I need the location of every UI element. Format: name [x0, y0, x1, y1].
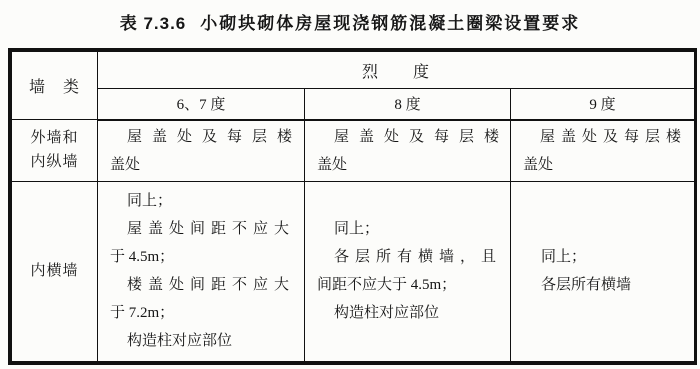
- cell-exterior-degree-8: 屋盖处及每层楼 盖处: [305, 120, 511, 182]
- cell-text-line: 各层所有横墙: [541, 271, 686, 299]
- cell-text-line: 盖处: [523, 151, 686, 179]
- cell-text-line: 于 4.5m；: [110, 243, 296, 271]
- header-degree-9: 9 度: [511, 89, 695, 120]
- table-grid: 墙 类 烈 度 6、7 度 8 度 9 度 外墙和 内纵墙 屋盖处及每层楼 盖处…: [11, 51, 695, 362]
- cell-text-line: 盖处: [110, 151, 296, 179]
- cell-text-line: 于 7.2m；: [110, 299, 296, 327]
- header-degree-6-7: 6、7 度: [98, 89, 305, 120]
- cell-interior-degree-9: 同上； 各层所有横墙: [511, 181, 695, 362]
- row-label-line: 外墙和: [12, 126, 97, 150]
- cell-text-line: 屋盖处及每层楼: [317, 123, 502, 151]
- cell-text-line: 屋盖处间距不应大: [110, 215, 296, 243]
- cell-interior-degree-6-7: 同上； 屋盖处间距不应大 于 4.5m； 楼盖处间距不应大 于 7.2m； 构造…: [98, 181, 305, 362]
- cell-text-line: 盖处: [317, 151, 502, 179]
- cell-text-line: 同上；: [317, 215, 502, 243]
- cell-text-line: 楼盖处间距不应大: [110, 271, 296, 299]
- cell-exterior-degree-9: 屋盖处及每层楼 盖处: [511, 120, 695, 182]
- cell-text-line: 同上；: [541, 243, 686, 271]
- cell-text-line: 同上；: [110, 187, 296, 215]
- cell-text-line: 构造柱对应部位: [110, 327, 296, 355]
- table-title-text: 小砌块砌体房屋现浇钢筋混凝土圈梁设置要求: [200, 14, 580, 33]
- table-number: 表 7.3.6: [120, 14, 187, 33]
- cell-exterior-degree-6-7: 屋盖处及每层楼 盖处: [98, 120, 305, 182]
- cell-text-line: 构造柱对应部位: [317, 299, 502, 327]
- ring-beam-requirements-table: 墙 类 烈 度 6、7 度 8 度 9 度 外墙和 内纵墙 屋盖处及每层楼 盖处…: [8, 48, 697, 365]
- cell-text-line: 屋盖处及每层楼: [523, 123, 686, 151]
- row-label-interior-transverse-walls: 内横墙: [12, 181, 98, 362]
- header-intensity: 烈 度: [98, 52, 695, 89]
- cell-text-line: 各层所有横墙，且: [317, 243, 502, 271]
- row-label-exterior-longitudinal-walls: 外墙和 内纵墙: [12, 120, 98, 182]
- cell-text-line: 屋盖处及每层楼: [110, 123, 296, 151]
- header-degree-8: 8 度: [305, 89, 511, 120]
- cell-interior-degree-8: 同上； 各层所有横墙，且 间距不应大于 4.5m； 构造柱对应部位: [305, 181, 511, 362]
- cell-text-line: 间距不应大于 4.5m；: [317, 271, 502, 299]
- table-title: 表 7.3.6小砌块砌体房屋现浇钢筋混凝土圈梁设置要求: [0, 9, 700, 34]
- header-wall-type: 墙 类: [12, 52, 98, 120]
- row-label-line: 内纵墙: [12, 150, 97, 174]
